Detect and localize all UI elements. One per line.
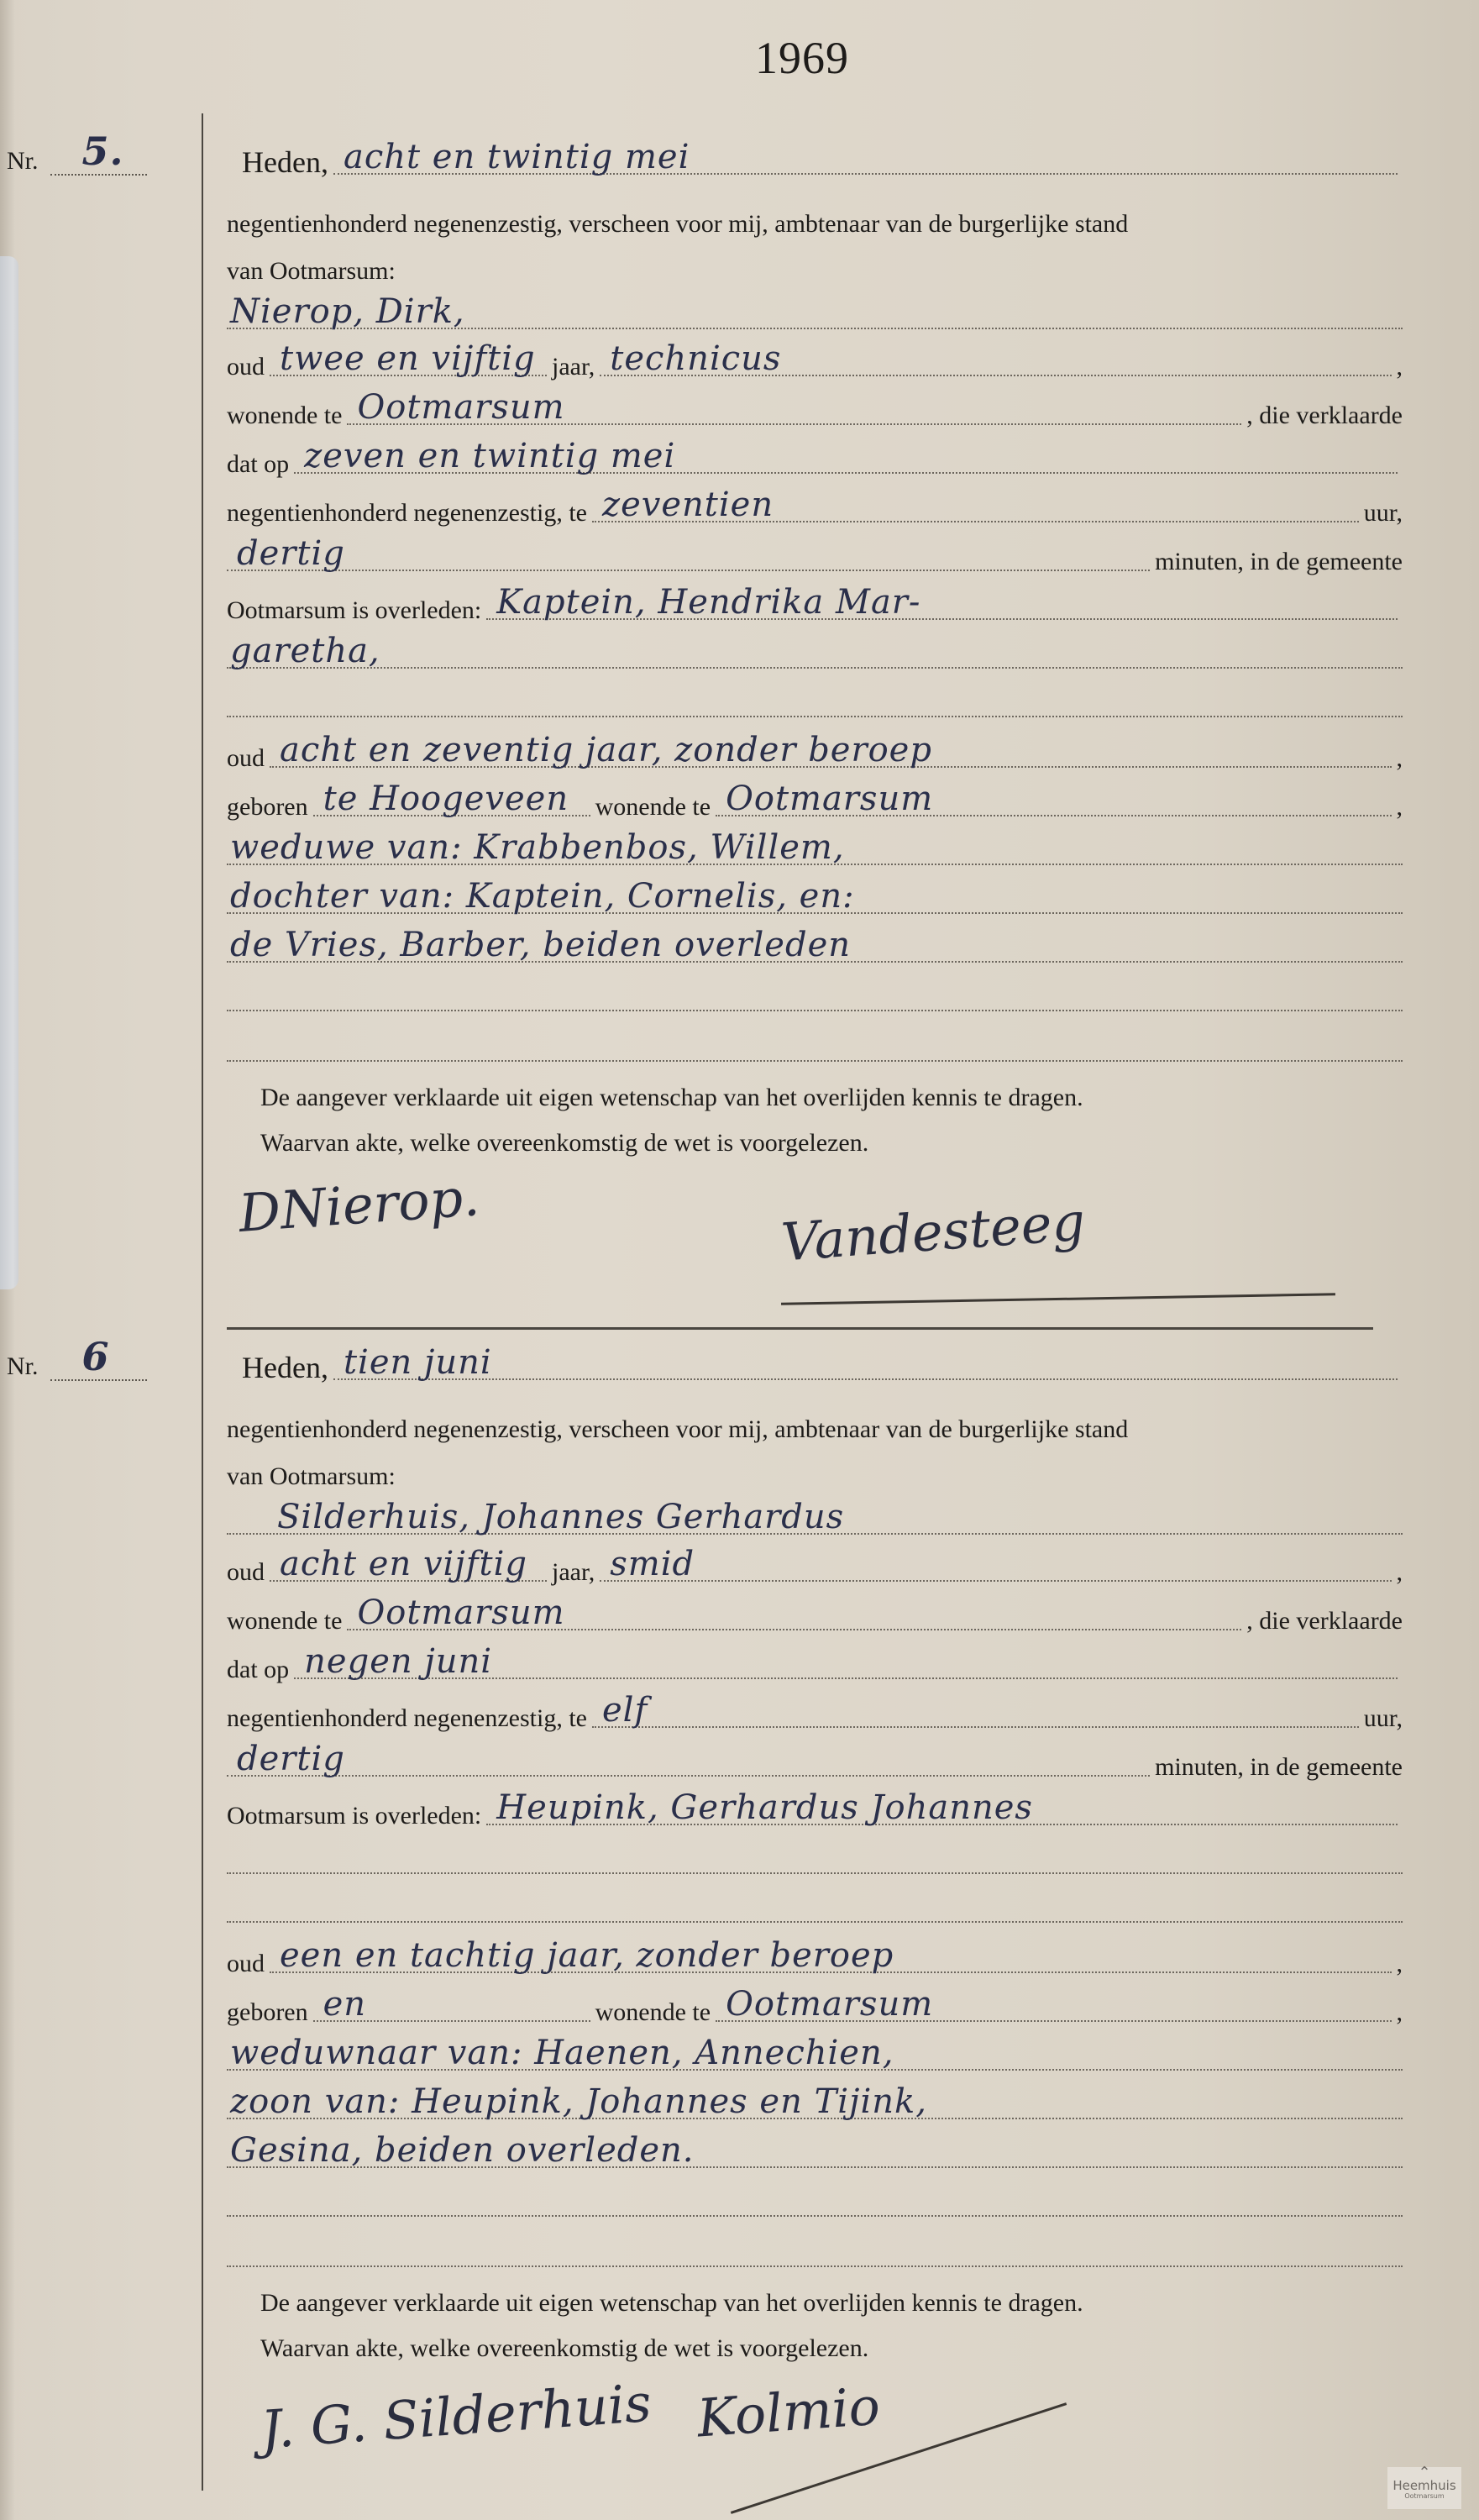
minuten-label: minuten, in de gemeente	[1155, 548, 1403, 578]
watermark-name: Heemhuis	[1387, 2479, 1461, 2492]
margin-rule	[202, 113, 203, 1331]
year-label: negentienhonderd negenenzestig, te	[227, 1704, 587, 1735]
declaration-date: tien juni	[344, 1343, 492, 1382]
deceased-age-occupation: acht en zeventig jaar, zonder beroep	[280, 731, 932, 769]
closing-statement: De aangever verklaarde uit eigen wetensc…	[260, 1084, 1083, 1112]
declarant-residence: Ootmarsum	[357, 388, 564, 427]
declarant-name: Silderhuis, Johannes Gerhardus	[277, 1498, 844, 1536]
death-hour: elf	[602, 1691, 648, 1730]
declarant-age: twee en vijftig	[280, 339, 536, 378]
deceased-name-cont: garetha,	[230, 632, 380, 670]
heden-label: Heden,	[242, 1350, 328, 1387]
jaar-label: jaar,	[552, 353, 595, 383]
wonende-label: wonende te	[595, 793, 711, 823]
relation-line: Gesina, beiden overleden.	[230, 2131, 695, 2170]
margin-rule	[202, 1331, 203, 2491]
relation-line: weduwe van: Krabbenbos, Willem,	[230, 828, 845, 867]
nr-value: 6	[82, 1334, 110, 1379]
form-text: negentienhonderd negenenzestig, verschee…	[227, 1415, 1128, 1446]
relation-line: dochter van: Kaptein, Cornelis, en:	[230, 877, 855, 916]
signature-underline	[781, 1293, 1335, 1305]
closing-statement: De aangever verklaarde uit eigen wetensc…	[260, 2289, 1083, 2318]
datop-label: dat op	[227, 1656, 289, 1686]
relation-line: de Vries, Barber, beiden overleden	[230, 926, 851, 964]
oud-label: oud	[227, 353, 265, 383]
form-text: negentienhonderd negenenzestig, verschee…	[227, 210, 1128, 240]
official-signature: Vandesteeg	[779, 1190, 1087, 1273]
uur-label: uur,	[1364, 499, 1403, 529]
act-number-5: Nr. 5.	[7, 147, 147, 176]
oud-label: oud	[227, 1950, 265, 1980]
heemhuis-watermark: ⌃ Heemhuis Ootmarsum	[1387, 2467, 1461, 2509]
verklaarde-label: , die verklaarde	[1246, 1607, 1403, 1637]
oud-label: oud	[227, 744, 265, 774]
page-year: 1969	[0, 32, 1479, 84]
birthplace: te Hoogeveen	[323, 780, 569, 818]
official-signature: Kolmio	[695, 2375, 882, 2449]
watermark-sub: Ootmarsum	[1387, 2492, 1461, 2501]
declarant-occupation: technicus	[610, 339, 781, 378]
deceased-name: Heupink, Gerhardus Johannes	[496, 1788, 1033, 1827]
overleden-label: Ootmarsum is overleden:	[227, 596, 481, 627]
act-number-6: Nr. 6	[7, 1352, 147, 1381]
deceased-age-occupation: een en tachtig jaar, zonder beroep	[280, 1936, 894, 1975]
datop-label: dat op	[227, 450, 289, 480]
declarant-occupation: smid	[610, 1545, 695, 1583]
declarant-signature: J. G. Silderhuis	[259, 2372, 653, 2460]
verklaarde-label: , die verklaarde	[1246, 402, 1403, 432]
uur-label: uur,	[1364, 1704, 1403, 1735]
deceased-name: Kaptein, Hendrika Mar-	[496, 583, 920, 622]
declarant-name: Nierop, Dirk,	[230, 292, 465, 331]
death-date: negen juni	[304, 1642, 492, 1681]
birthplace: en	[323, 1985, 366, 2024]
death-hour: zeventien	[602, 486, 774, 524]
residence: Ootmarsum	[726, 1985, 933, 2024]
geboren-label: geboren	[227, 793, 308, 823]
closing-read-aloud: Waarvan akte, welke overeenkomstig de we…	[260, 2334, 868, 2363]
nr-value: 5.	[82, 129, 124, 174]
geboren-label: geboren	[227, 1998, 308, 2029]
declarant-signature: DNierop.	[237, 1166, 481, 1244]
relation-line: zoon van: Heupink, Johannes en Tijink,	[230, 2082, 927, 2121]
jaar-label: jaar,	[552, 1558, 595, 1588]
death-minutes: dertig	[237, 534, 345, 573]
year-label: negentienhonderd negenenzestig, te	[227, 499, 587, 529]
roof-icon: ⌃	[1387, 2467, 1461, 2479]
closing-read-aloud: Waarvan akte, welke overeenkomstig de we…	[260, 1129, 868, 1158]
nr-label: Nr.	[7, 1352, 39, 1381]
form-text: van Ootmarsum:	[227, 257, 396, 287]
nr-label: Nr.	[7, 147, 39, 176]
declarant-residence: Ootmarsum	[357, 1593, 564, 1632]
heden-label: Heden,	[242, 144, 328, 181]
wonende-label: wonende te	[227, 1607, 342, 1637]
page-tab-insert	[0, 256, 18, 1289]
death-minutes: dertig	[237, 1740, 345, 1778]
declaration-date: acht en twintig mei	[344, 138, 690, 176]
form-text: van Ootmarsum:	[227, 1462, 396, 1493]
residence: Ootmarsum	[726, 780, 933, 818]
wonende-label: wonende te	[595, 1998, 711, 2029]
minuten-label: minuten, in de gemeente	[1155, 1753, 1403, 1783]
death-date: zeven en twintig mei	[304, 437, 675, 475]
wonende-label: wonende te	[227, 402, 342, 432]
overleden-label: Ootmarsum is overleden:	[227, 1802, 481, 1832]
oud-label: oud	[227, 1558, 265, 1588]
record-separator	[227, 1327, 1373, 1330]
relation-line: weduwnaar van: Haenen, Annechien,	[230, 2034, 894, 2072]
declarant-age: acht en vijftig	[280, 1545, 527, 1583]
